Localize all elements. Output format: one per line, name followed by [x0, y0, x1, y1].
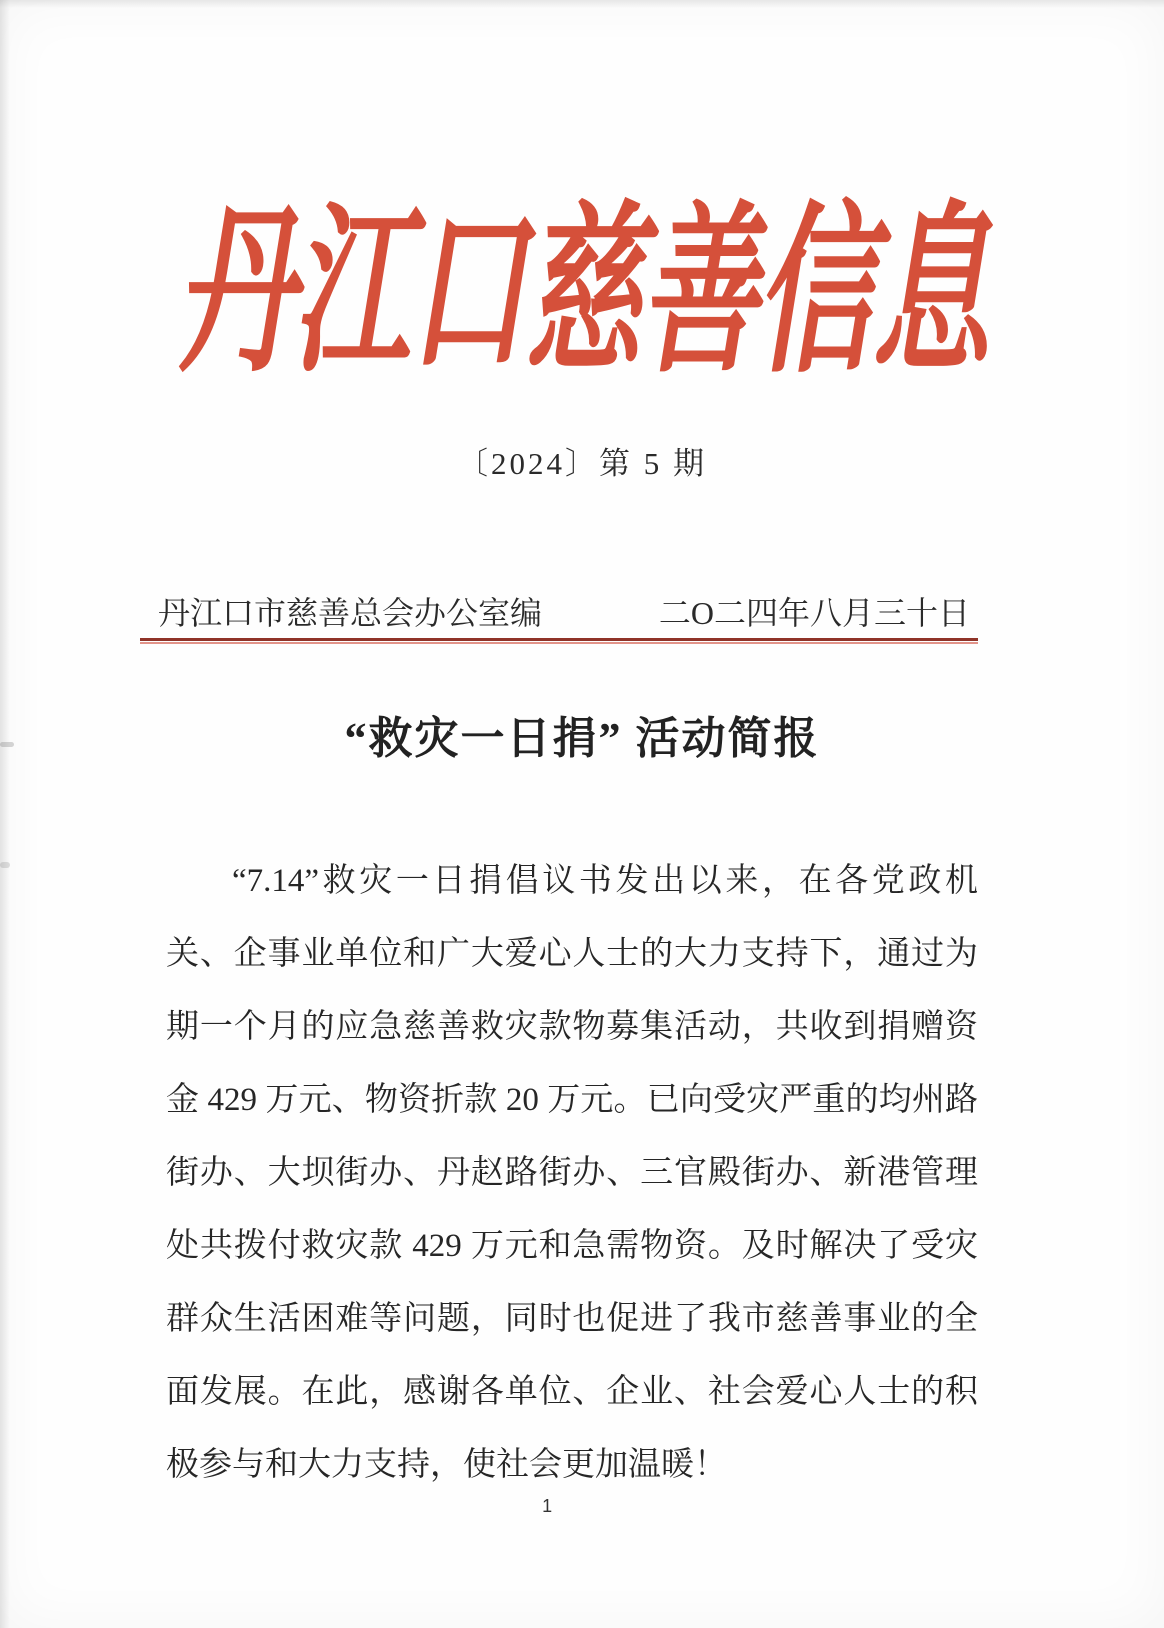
page-number: 1: [0, 1496, 1094, 1517]
divider-line-light: [140, 642, 978, 644]
publication-date: 二O二四年八月三十日: [659, 588, 970, 634]
masthead-divider: [140, 638, 978, 644]
divider-line-dark: [140, 638, 978, 641]
scan-artifact: [0, 862, 10, 868]
scan-edge-shadow-top: [0, 0, 1164, 8]
article-title: “救灾一日捐” 活动简报: [0, 702, 1164, 766]
newsletter-page: 丹江口慈善信息 〔2024〕第 5 期 丹江口市慈善总会办公室编 二O二四年八月…: [0, 0, 1164, 1628]
article-body: “7.14”救灾一日捐倡议书发出以来，在各党政机关、企事业单位和广大爱心人士的大…: [166, 845, 978, 1502]
issue-number: 〔2024〕第 5 期: [0, 438, 1164, 483]
editor-credit: 丹江口市慈善总会办公室编: [158, 588, 542, 634]
editor-date-row: 丹江口市慈善总会办公室编 二O二四年八月三十日: [158, 588, 970, 634]
masthead-title: 丹江口慈善信息: [0, 88, 1164, 499]
